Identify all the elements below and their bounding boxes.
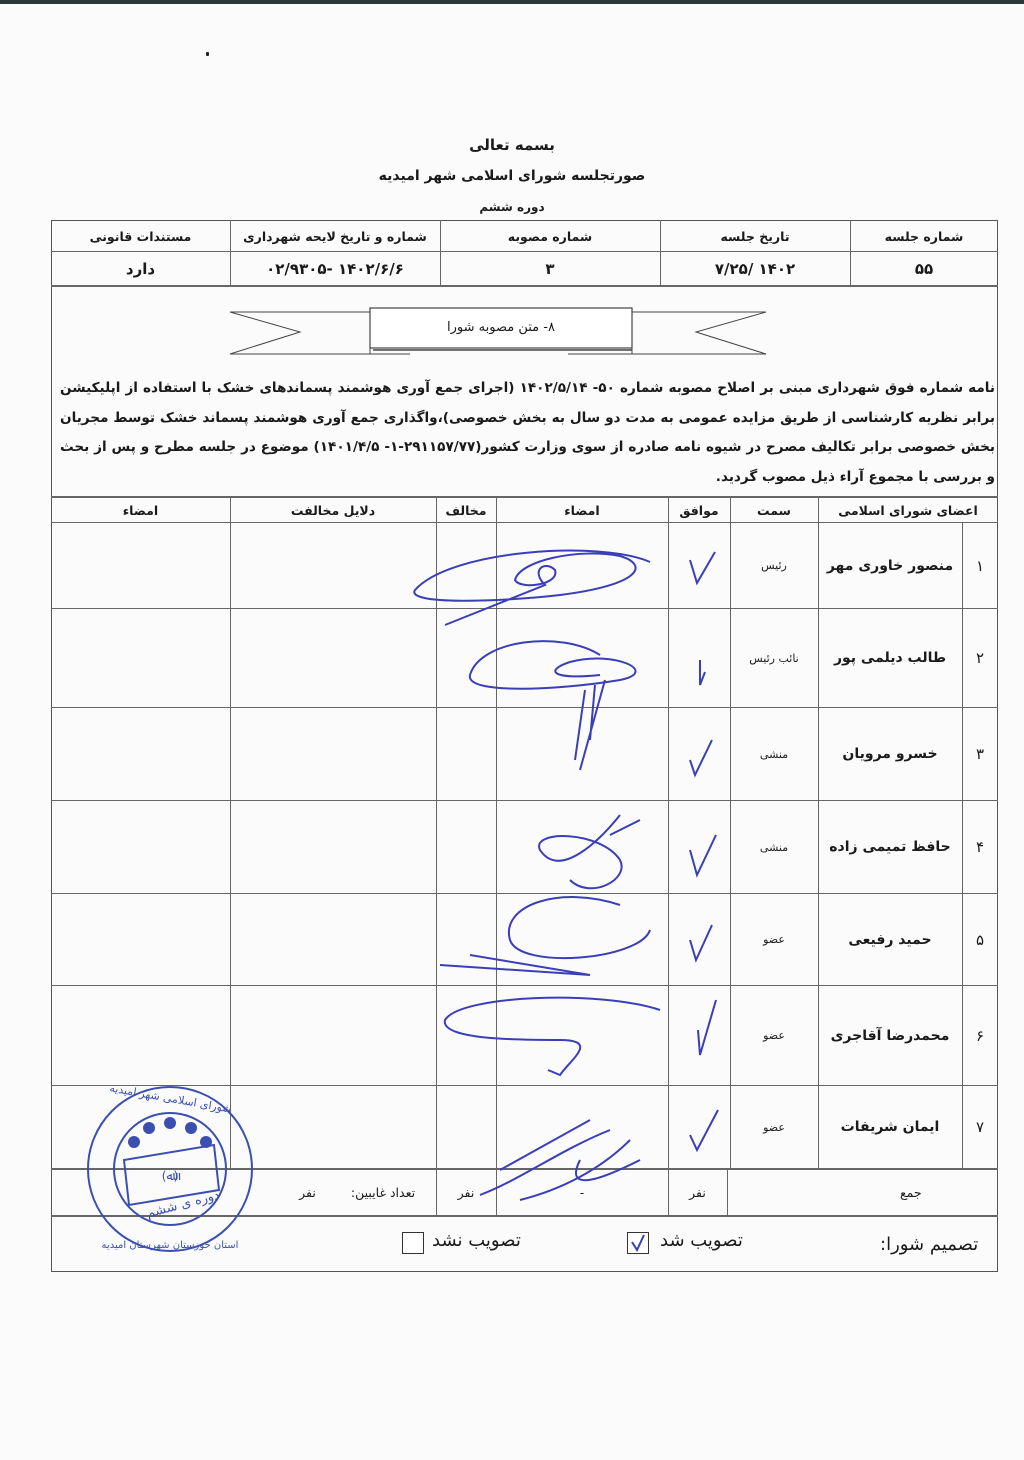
session-date: ۱۴۰۲ /۷/۲۵	[660, 252, 850, 285]
session-number: ۵۵	[850, 252, 998, 285]
legal-documents: دارد	[51, 252, 230, 285]
header-bill-number-date: شماره و تاریخ لایحه شهرداری	[230, 221, 440, 251]
header-role: سمت	[730, 498, 818, 522]
member-role: رئیس	[730, 523, 818, 608]
member-name: حمید رفیعی	[818, 894, 962, 985]
header-session-number: شماره جلسه	[850, 221, 998, 251]
col-divider-agree	[668, 497, 669, 1215]
document-title: صورتجلسه شورای اسلامی شهر امیدیه	[0, 168, 1024, 184]
resolution-text: نامه شماره فوق شهرداری مبنی بر اصلاح مصو…	[60, 374, 995, 492]
bill-number-date: ۱۴۰۲/۶/۶ -۰۲/۹۳۰۵	[230, 252, 440, 285]
rejected-checkbox[interactable]	[402, 1232, 424, 1254]
totals-label: جمع	[900, 1170, 990, 1215]
approved-label: تصویب شد	[660, 1230, 743, 1251]
svg-text:دوره ی ششم: دوره ی ششم	[145, 1188, 221, 1222]
check-icon	[628, 1233, 648, 1253]
agree-total-unit: نفر	[668, 1170, 727, 1215]
col-divider-agree-sig	[496, 497, 497, 1168]
member-number: ۶	[962, 986, 998, 1085]
member-name: خسرو مرویان	[818, 708, 962, 800]
disagree-total-unit: نفر	[436, 1170, 496, 1215]
col-divider-total	[727, 1168, 728, 1215]
header-agree: موافق	[668, 498, 730, 522]
disagree-total-value: -	[496, 1170, 668, 1215]
decision-label: تصمیم شورا:	[880, 1234, 978, 1255]
header-disagree-reasons: دلایل مخالفت	[230, 498, 436, 522]
section-title: ۸- متن مصوبه شورا	[370, 308, 632, 346]
approved-checkbox[interactable]	[627, 1232, 649, 1254]
scan-edge	[0, 0, 1024, 4]
member-role: منشی	[730, 708, 818, 800]
member-number: ۲	[962, 609, 998, 707]
member-role: منشی	[730, 801, 818, 893]
header-disagree-signature: امضاء	[51, 498, 230, 522]
header-session-date: تاریخ جلسه	[660, 221, 850, 251]
member-name: منصور خاوری مهر	[818, 523, 962, 608]
svg-text:استان خوزستان شهرستان امیدیه: استان خوزستان شهرستان امیدیه	[102, 1240, 239, 1251]
member-name: حافظ تمیمی زاده	[818, 801, 962, 893]
bismillah: بسمه تعالی	[0, 136, 1024, 154]
header-legal-documents: مستندات قانونی	[51, 221, 230, 251]
member-number: ۵	[962, 894, 998, 985]
header-agree-signature: امضاء	[496, 498, 668, 522]
member-number: ۷	[962, 1086, 998, 1168]
info-table-bottom	[51, 285, 998, 287]
header-members: اعضای شورای اسلامی	[818, 498, 998, 522]
member-role: عضو	[730, 986, 818, 1085]
absent-unit: نفر	[285, 1170, 330, 1215]
member-name: ایمان شریفات	[818, 1086, 962, 1168]
col-divider-disagree	[436, 497, 437, 1215]
member-role: نائب رئیس	[730, 609, 818, 707]
council-term: دوره ششم	[0, 200, 1024, 214]
member-role: عضو	[730, 1086, 818, 1168]
member-role: عضو	[730, 894, 818, 985]
emblem-icon: (ﷲ)	[162, 1169, 181, 1183]
council-stamp: (ﷲ) دوره ی ششم شورای اسلامی شهر امیدیه ا…	[84, 1080, 256, 1258]
rejected-label: تصویب نشد	[432, 1230, 521, 1251]
scan-speck	[206, 52, 209, 56]
header-resolution-number: شماره مصوبه	[440, 221, 660, 251]
member-number: ۱	[962, 523, 998, 608]
member-name: محمدرضا آقاجری	[818, 986, 962, 1085]
col-divider-reasons	[230, 497, 231, 1168]
member-number: ۳	[962, 708, 998, 800]
member-number: ۴	[962, 801, 998, 893]
member-name: طالب دیلمی پور	[818, 609, 962, 707]
header-disagree: مخالف	[436, 498, 496, 522]
resolution-number: ۳	[440, 252, 660, 285]
absent-label: تعداد غایبین:	[330, 1170, 436, 1215]
